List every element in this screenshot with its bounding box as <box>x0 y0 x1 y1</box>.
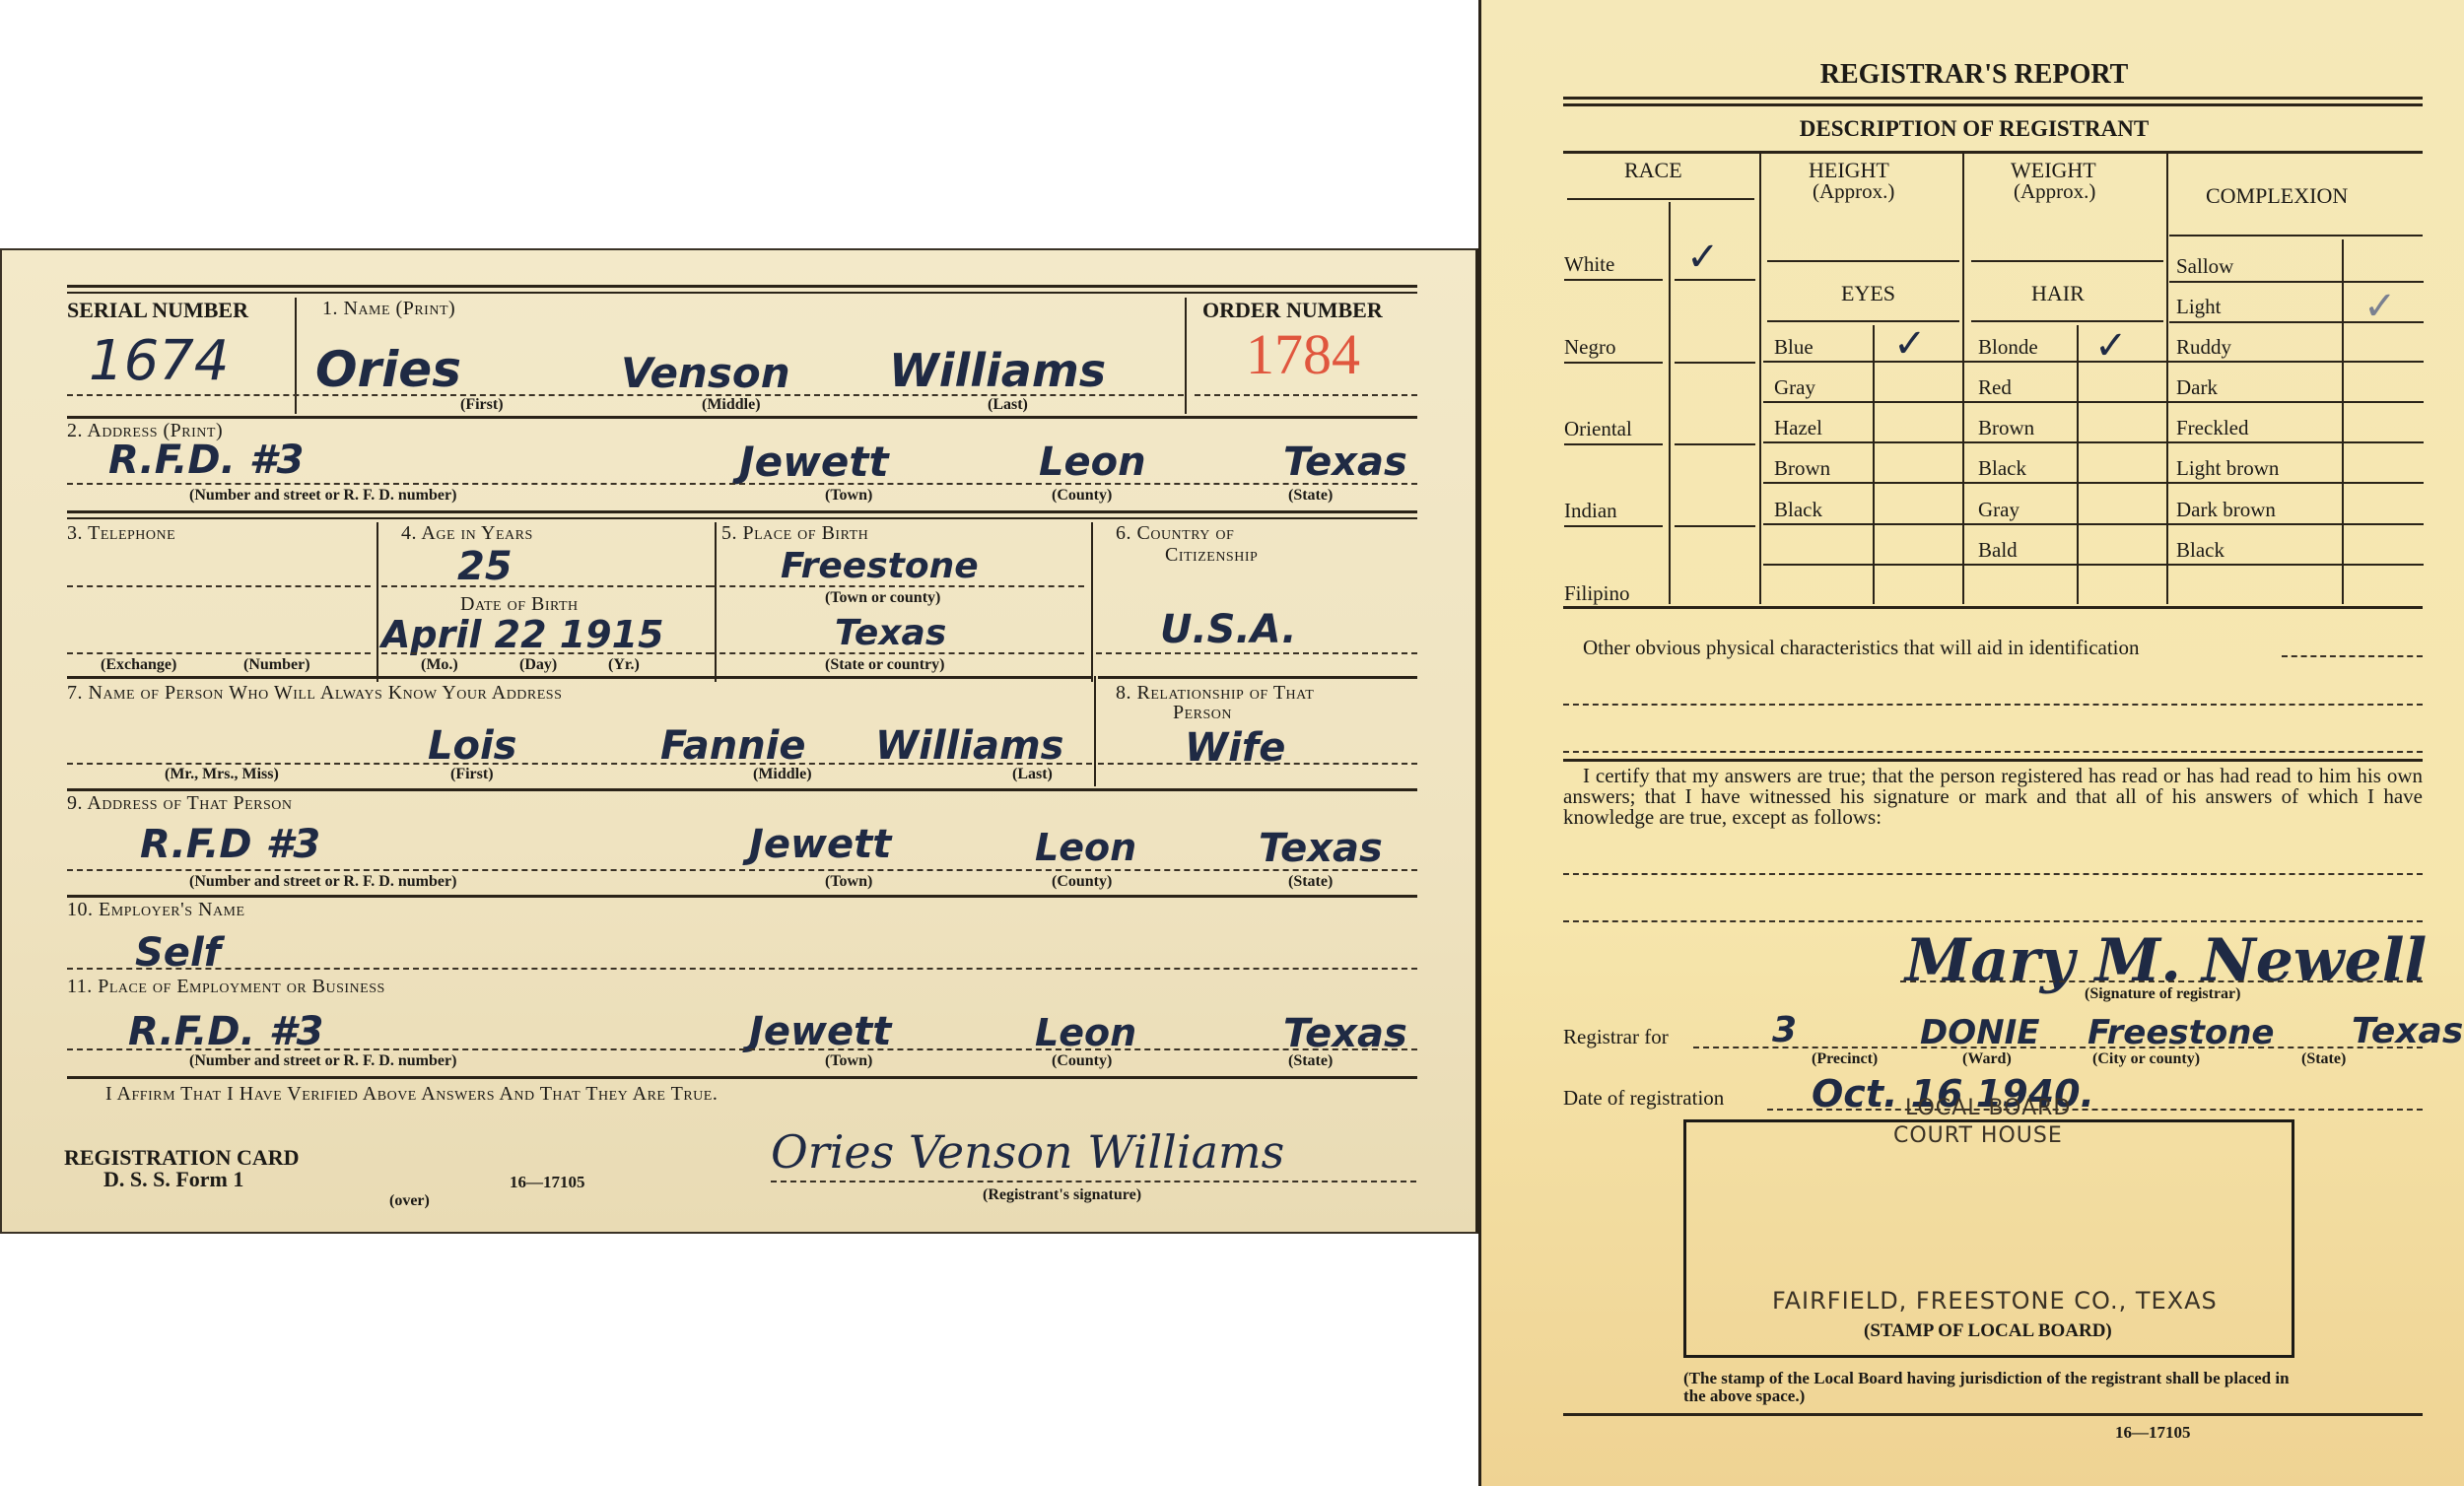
dob-year-sub: (Yr.) <box>608 656 640 674</box>
contact-address-county-sub: (County) <box>1052 873 1112 891</box>
race-white-label: White <box>1564 252 1614 277</box>
divider <box>1563 97 2423 100</box>
contact-last-sub: (Last) <box>1012 766 1053 783</box>
affirmation-text: I Affirm That I Have Verified Above Answ… <box>105 1083 718 1106</box>
divider <box>715 522 717 682</box>
exceptions-input-2[interactable] <box>1563 920 2423 922</box>
address-town-sub: (Town) <box>825 487 872 505</box>
divider <box>2166 153 2168 604</box>
birthplace-state-sub: (State or country) <box>825 656 944 674</box>
address-county-value: Leon <box>1039 439 1146 485</box>
divider <box>67 510 1417 513</box>
age-line <box>381 585 712 587</box>
name-label: 1. Name (Print) <box>322 298 455 320</box>
divider <box>1567 198 1754 200</box>
stamp-line-3: FAIRFIELD, FREESTONE CO., TEXAS <box>1772 1287 2218 1315</box>
stamp-line-1: LOCAL BOARD <box>1905 1096 2071 1120</box>
weight-approx: (Approx.) <box>2014 179 2095 204</box>
row-divider <box>2169 321 2424 323</box>
registrar-state-sub: (State) <box>2301 1050 2346 1068</box>
registrar-ward-sub: (Ward) <box>1962 1050 2012 1068</box>
complexion-black-label: Black <box>2176 538 2224 563</box>
registration-date-line <box>1767 1109 2423 1111</box>
divider <box>1091 522 1093 682</box>
birthplace-label: 5. Place of Birth <box>721 522 868 545</box>
age-label: 4. Age in Years <box>401 522 533 545</box>
serial-number-value: 1674 <box>89 329 230 393</box>
divider <box>1185 298 1187 414</box>
dob-value: April 22 1915 <box>381 613 664 656</box>
divider <box>1759 153 1761 604</box>
eyes-blue-label: Blue <box>1774 335 1814 360</box>
order-number-value: 1784 <box>1246 321 1360 387</box>
telephone-line <box>67 652 371 654</box>
name-first-value: Ories <box>315 341 461 398</box>
contact-first-sub: (First) <box>450 766 494 783</box>
divider <box>67 676 1092 679</box>
divider <box>2342 239 2344 604</box>
divider <box>67 285 1417 288</box>
contact-label: 7. Name of Person Who Will Always Know Y… <box>67 682 562 705</box>
eyes-black-label: Black <box>1774 498 1822 522</box>
other-characteristics-input-3[interactable] <box>1563 751 2423 753</box>
name-last-sub: (Last) <box>988 396 1028 414</box>
employment-street-sub: (Number and street or R. F. D. number) <box>189 1052 456 1070</box>
employer-line <box>67 968 1417 970</box>
complexion-freckled-label: Freckled <box>2176 416 2248 440</box>
employer-label: 10. Employer's Name <box>67 899 245 921</box>
citizenship-line <box>1096 652 1417 654</box>
divider <box>1094 676 1096 786</box>
name-middle-value: Venson <box>621 349 790 397</box>
race-filipino-label: Filipino <box>1564 581 1630 606</box>
contact-address-town-value: Jewett <box>749 822 891 867</box>
registrar-precinct-value: 3 <box>1772 1010 1797 1050</box>
other-characteristics-label: Other obvious physical characteristics t… <box>1583 636 2140 660</box>
birthplace-town-line <box>710 585 1084 587</box>
name-last-value: Williams <box>889 344 1106 397</box>
divider <box>1564 525 1663 527</box>
hair-black-label: Black <box>1978 456 2026 481</box>
exceptions-input[interactable] <box>1563 873 2423 875</box>
address-line <box>67 483 1417 485</box>
divider <box>1767 320 1959 322</box>
divider <box>1563 606 2423 609</box>
hair-header: HAIR <box>2031 281 2085 306</box>
report-subtitle: DESCRIPTION OF REGISTRANT <box>1481 116 2464 142</box>
telephone-exchange-sub: (Exchange) <box>101 656 176 674</box>
dob-line <box>381 652 712 654</box>
eyes-hazel-label: Hazel <box>1774 416 1822 440</box>
registrant-signature: Ories Venson Williams <box>771 1125 1284 1179</box>
divider <box>1563 759 2423 762</box>
hair-red-label: Red <box>1978 375 2012 400</box>
divider <box>1971 260 2163 262</box>
signature-sub: (Registrant's signature) <box>983 1186 1141 1204</box>
order-number-label: ORDER NUMBER <box>1202 298 1383 323</box>
telephone-number-sub: (Number) <box>243 656 310 674</box>
divider <box>1563 1413 2423 1416</box>
contact-address-street-sub: (Number and street or R. F. D. number) <box>189 873 456 891</box>
contact-address-state-value: Texas <box>1259 826 1383 871</box>
registrars-report-back: REGISTRAR'S REPORT DESCRIPTION OF REGIST… <box>1478 0 2464 1486</box>
contact-line <box>67 763 1092 765</box>
other-characteristics-input-2[interactable] <box>1563 704 2423 706</box>
contact-title-sub: (Mr., Mrs., Miss) <box>165 766 279 783</box>
name-first-sub: (First) <box>460 396 504 414</box>
divider <box>67 895 1417 898</box>
race-negro-checkbox[interactable] <box>1675 362 1755 364</box>
divider <box>1563 103 2423 106</box>
stamp-note: (The stamp of the Local Board having jur… <box>1683 1370 2294 1405</box>
complexion-header: COMPLEXION <box>2206 183 2348 209</box>
print-code: 16—17105 <box>510 1173 585 1192</box>
report-title: REGISTRAR'S REPORT <box>1481 59 2464 91</box>
relationship-label-2: Person <box>1173 702 1232 724</box>
race-indian-label: Indian <box>1564 499 1617 523</box>
complexion-dark-label: Dark <box>2176 375 2218 400</box>
row-divider <box>1763 361 2424 363</box>
race-white-checkbox[interactable]: ✓ <box>1686 235 1720 280</box>
other-characteristics-input[interactable] <box>2282 655 2423 657</box>
dob-month-sub: (Mo.) <box>421 656 458 674</box>
divider <box>1767 260 1959 262</box>
divider <box>376 522 378 682</box>
row-divider <box>1763 523 2424 525</box>
row-divider <box>1763 564 2424 566</box>
employment-county-sub: (County) <box>1052 1052 1112 1070</box>
contact-address-county-value: Leon <box>1035 826 1136 869</box>
row-divider <box>1763 401 2424 403</box>
complexion-dark-brown-label: Dark brown <box>2176 498 2276 522</box>
row-divider <box>1763 441 2424 443</box>
stamp-line-2: COURT HOUSE <box>1893 1123 2063 1148</box>
complexion-light-brown-label: Light brown <box>2176 456 2279 481</box>
address-street-value: R.F.D. #3 <box>108 438 304 483</box>
address-state-value: Texas <box>1283 439 1407 485</box>
registration-card-front: SERIAL NUMBER 1674 1. Name (Print) Ories… <box>0 248 1478 1234</box>
registrar-city-sub: (City or county) <box>2092 1050 2200 1068</box>
back-print-code: 16—17105 <box>2115 1423 2191 1443</box>
divider <box>1564 443 1663 445</box>
divider <box>67 517 1417 519</box>
age-value: 25 <box>457 544 513 589</box>
hair-bald-label: Bald <box>1978 538 2018 563</box>
eyes-gray-label: Gray <box>1774 375 1815 400</box>
form-number: D. S. S. Form 1 <box>103 1167 243 1192</box>
date-label: Date of registration <box>1563 1086 1724 1111</box>
divider <box>1563 151 2423 154</box>
complexion-sallow-label: Sallow <box>2176 254 2233 279</box>
row-divider <box>2169 281 2424 283</box>
divider <box>1564 362 1663 364</box>
address-town-value: Jewett <box>739 438 889 486</box>
stamp-caption: (STAMP OF LOCAL BOARD) <box>1864 1320 2112 1342</box>
citizenship-label: 6. Country of <box>1116 522 1234 545</box>
address-county-sub: (County) <box>1052 487 1112 505</box>
divider <box>1962 153 1964 325</box>
address-state-sub: (State) <box>1288 487 1333 505</box>
divider <box>67 292 1417 294</box>
employment-place-label: 11. Place of Employment or Business <box>67 976 385 998</box>
contact-address-town-sub: (Town) <box>825 873 872 891</box>
birthplace-state-value: Texas <box>835 613 946 653</box>
dob-day-sub: (Day) <box>519 656 557 674</box>
height-approx: (Approx.) <box>1813 179 1894 204</box>
complexion-light-label: Light <box>2176 295 2222 319</box>
birthplace-town-value: Freestone <box>781 546 979 586</box>
divider <box>2077 325 2079 604</box>
registrar-for-line <box>1693 1047 2423 1048</box>
hair-blonde-label: Blonde <box>1978 335 2038 360</box>
employment-line <box>67 1048 1417 1050</box>
row-divider <box>1763 482 2424 484</box>
address-street-sub: (Number and street or R. F. D. number) <box>189 487 456 505</box>
registrar-state-value: Texas <box>2352 1011 2463 1051</box>
race-indian-checkbox[interactable] <box>1675 525 1755 527</box>
name-middle-sub: (Middle) <box>702 396 761 414</box>
registrar-precinct-sub: (Precinct) <box>1812 1050 1878 1068</box>
divider <box>1098 676 1417 679</box>
employment-town-sub: (Town) <box>825 1052 872 1070</box>
divider <box>1675 279 1755 281</box>
employment-state-sub: (State) <box>1288 1052 1333 1070</box>
contact-address-street-value: R.F.D #3 <box>140 822 320 867</box>
hair-brown-label: Brown <box>1978 416 2034 440</box>
contact-address-state-sub: (State) <box>1288 873 1333 891</box>
divider <box>295 298 297 414</box>
citizenship-value: U.S.A. <box>1160 607 1297 652</box>
hair-gray-label: Gray <box>1978 498 2019 522</box>
registrar-signature-sub: (Signature of registrar) <box>2085 985 2240 1003</box>
divider <box>1873 325 1875 604</box>
contact-address-label: 9. Address of That Person <box>67 792 293 815</box>
registrar-signature-line <box>1900 980 2423 982</box>
registrar-for-label: Registrar for <box>1563 1025 1669 1049</box>
divider <box>1669 202 1671 604</box>
birthplace-state-line <box>710 652 1084 654</box>
complexion-ruddy-label: Ruddy <box>2176 335 2231 360</box>
race-oriental-checkbox[interactable] <box>1675 443 1755 445</box>
divider <box>67 1076 1417 1079</box>
contact-address-line <box>67 869 1417 871</box>
divider <box>67 788 1417 791</box>
over-note: (over) <box>389 1192 430 1210</box>
relationship-line <box>1098 763 1417 765</box>
order-line <box>1195 394 1417 396</box>
contact-middle-sub: (Middle) <box>753 766 812 783</box>
race-oriental-label: Oriental <box>1564 417 1632 441</box>
divider <box>1564 279 1663 281</box>
race-negro-label: Negro <box>1564 335 1615 360</box>
serial-number-label: SERIAL NUMBER <box>67 298 248 323</box>
eyes-brown-label: Brown <box>1774 456 1830 481</box>
birthplace-town-sub: (Town or county) <box>825 589 940 607</box>
telephone-line <box>67 585 371 587</box>
race-header: RACE <box>1624 158 1682 183</box>
telephone-label: 3. Telephone <box>67 522 175 545</box>
divider <box>1962 325 1964 604</box>
citizenship-label-2: Citizenship <box>1165 544 1258 567</box>
divider <box>67 416 1417 419</box>
certify-text: I certify that my answers are true; that… <box>1563 766 2423 828</box>
eyes-header: EYES <box>1841 281 1895 306</box>
signature-line <box>771 1181 1416 1182</box>
divider <box>1971 320 2163 322</box>
divider <box>2169 235 2423 236</box>
